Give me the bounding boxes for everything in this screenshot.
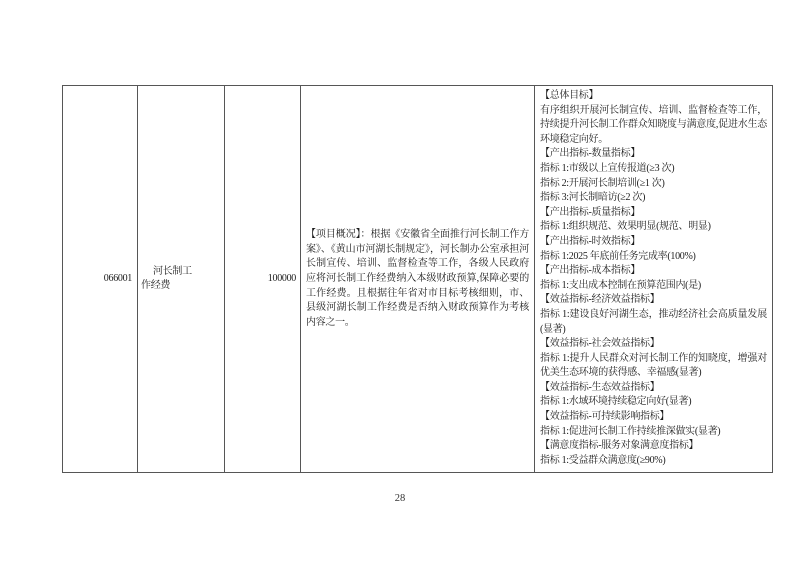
project-performance-table: 066001 河长制工作经费 100000 【项目概况】：根据《安徽省全面推行河… (62, 85, 773, 473)
overview-cell: 【项目概况】：根据《安徽省全面推行河长制工作方案》、《黄山市河湖长制规定》，河长… (301, 86, 535, 473)
project-code-cell: 066001 (63, 86, 138, 473)
project-overview-text: 【项目概况】：根据《安徽省全面推行河长制工作方案》、《黄山市河湖长制规定》，河长… (306, 228, 529, 330)
indicator-line: 指标 1:组织规范、效果明显(规范、明显) (540, 220, 767, 235)
indicator-line: 【产出指标-质量指标】 (540, 206, 767, 221)
indicator-line: 指标 1:水域环境持续稳定向好(显著) (540, 395, 767, 410)
indicator-line: 指标 2:开展河长制培训(≥1 次) (540, 177, 767, 192)
indicator-line: 【满意度指标-服务对象满意度指标】 (540, 439, 767, 454)
indicator-line: 【产出指标-数量指标】 (540, 147, 767, 162)
indicator-line: 指标 1:建设良好河湖生态，推动经济社会高质量发展(显著) (540, 308, 767, 337)
amount-cell: 100000 (225, 86, 301, 473)
indicator-line: 指标 1:市级以上宣传报道(≥3 次) (540, 162, 767, 177)
project-name-cell: 河长制工作经费 (138, 86, 225, 473)
document-page: 066001 河长制工作经费 100000 【项目概况】：根据《安徽省全面推行河… (0, 0, 800, 565)
indicator-line: 指标 1:促进河长制工作持续推深做实(显著) (540, 425, 767, 440)
indicator-line: 【效益指标-生态效益指标】 (540, 381, 767, 396)
indicator-line: 【效益指标-可持续影响指标】 (540, 410, 767, 425)
indicator-line: 【总体目标】 (540, 89, 767, 104)
indicator-line: 指标 1:支出成本控制在预算范围内(是) (540, 279, 767, 294)
indicator-line: 指标 1:2025 年底前任务完成率(100%) (540, 250, 767, 265)
indicator-line: 指标 3:河长制暗访(≥2 次) (540, 191, 767, 206)
table-row: 066001 河长制工作经费 100000 【项目概况】：根据《安徽省全面推行河… (63, 86, 773, 473)
indicator-line: 【效益指标-社会效益指标】 (540, 337, 767, 352)
amount-value: 100000 (268, 273, 296, 284)
indicator-line: 指标 1:受益群众满意度(≥90%) (540, 454, 767, 469)
indicator-line: 指标 1:提升人民群众对河长制工作的知晓度，增强对优美生态环境的获得感、幸福感(… (540, 352, 767, 381)
indicator-list: 【总体目标】有序组织开展河长制宣传、培训、监督检查等工作，持续提升河长制工作群众… (540, 89, 767, 468)
indicator-line: 有序组织开展河长制宣传、培训、监督检查等工作，持续提升河长制工作群众知晓度与满意… (540, 104, 767, 148)
indicator-line: 【效益指标-经济效益指标】 (540, 293, 767, 308)
project-name: 河长制工作经费 (141, 265, 193, 294)
project-code: 066001 (104, 273, 132, 284)
indicator-line: 【产出指标-时效指标】 (540, 235, 767, 250)
indicator-line: 【产出指标-成本指标】 (540, 264, 767, 279)
indicators-cell: 【总体目标】有序组织开展河长制宣传、培训、监督检查等工作，持续提升河长制工作群众… (535, 86, 773, 473)
page-number: 28 (0, 493, 800, 504)
